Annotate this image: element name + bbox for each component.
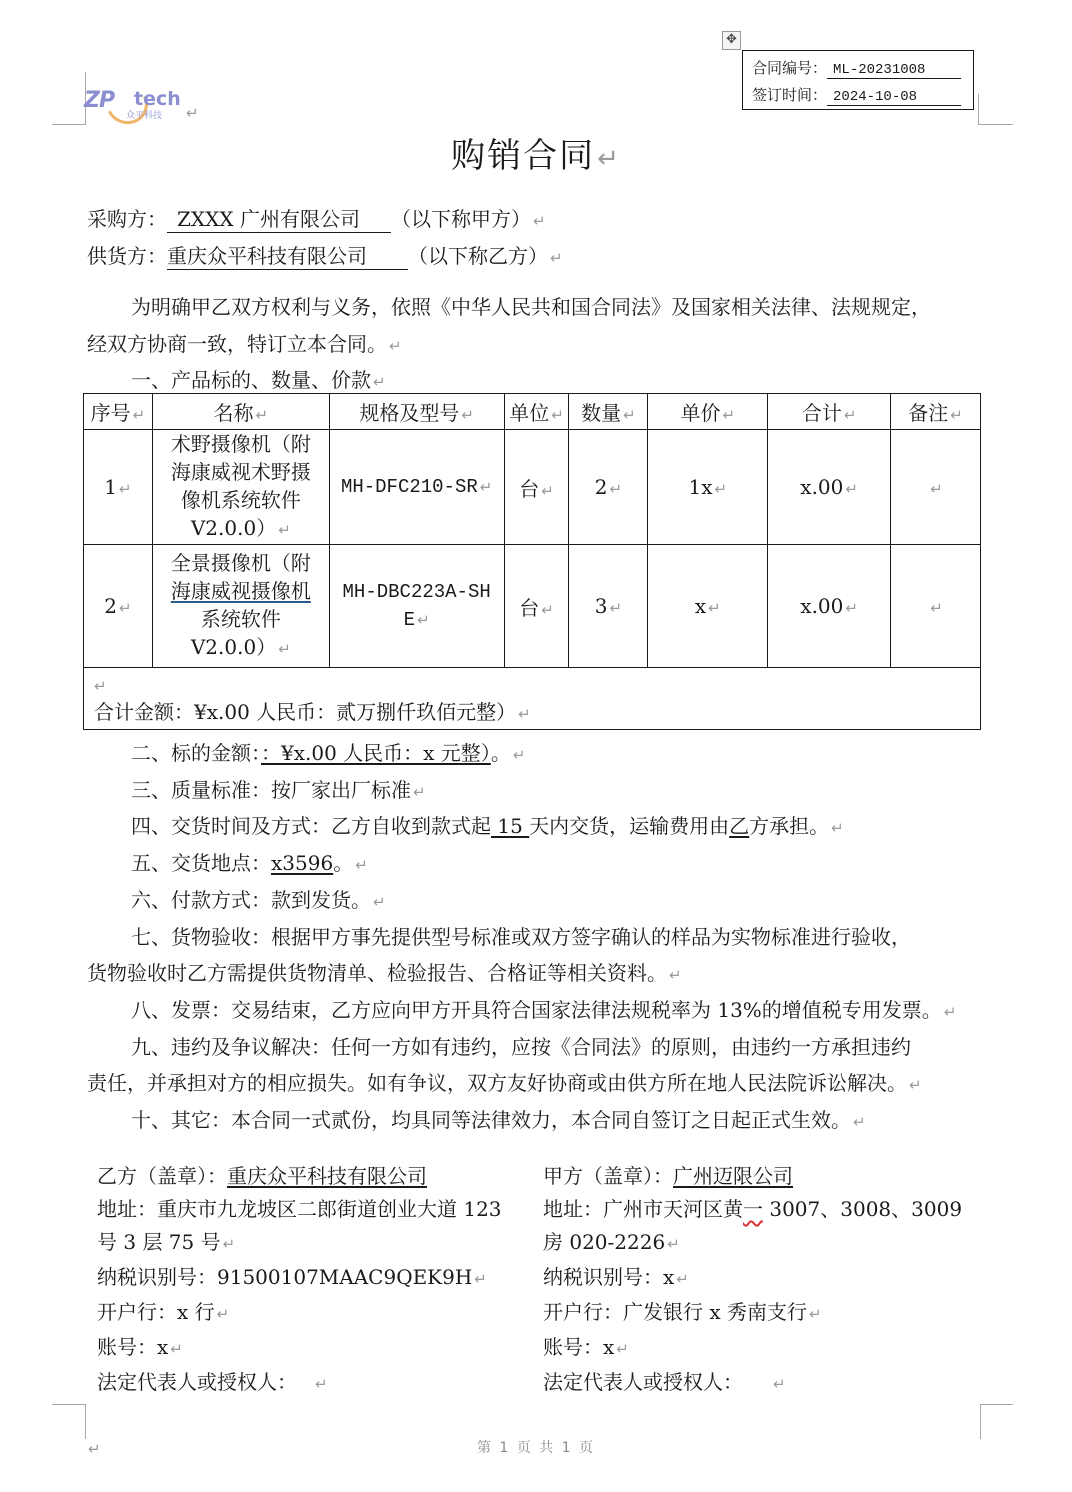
clause-7-line-1: 七、货物验收：根据甲方事先提供型号标准或双方签字确认的样品为实物标准进行验收， <box>131 921 911 950</box>
contract-number-label: 合同编号： <box>752 59 827 77</box>
intro-line-2-text: 经双方协商一致，特订立本合同。 <box>87 332 387 356</box>
cell-unit: 台↵ <box>504 545 569 668</box>
cell-qty: 2↵ <box>569 430 648 545</box>
header-price: 单价↵ <box>648 394 768 430</box>
party-a-name: 广州迈限公司 <box>673 1164 793 1188</box>
contract-date-value: 2024-10-08 <box>827 89 961 106</box>
clause-7-line-2: 货物验收时乙方需提供货物清单、检验报告、合格证等相关资料。↵ <box>87 957 682 986</box>
paragraph-mark-icon: ↵ <box>533 212 546 230</box>
header-model: 规格及型号↵ <box>329 394 504 430</box>
section-1-title-text: 一、产品标的、数量、价款 <box>131 368 371 392</box>
cell-price: 1x↵ <box>648 430 768 545</box>
party-a-bank: 开户行：广发银行 x 秀南支行 <box>543 1300 807 1324</box>
clause-9-line-2: 责任，并承担对方的相应损失。如有争议，双方友好协商或由供方所在地人民法院诉讼解决… <box>87 1067 922 1096</box>
goods-table: 序号↵ 名称↵ 规格及型号↵ 单位↵ 数量↵ 单价↵ 合计↵ 备注↵ 1↵ 术野… <box>83 393 981 730</box>
buyer-label: 采购方： <box>87 207 167 231</box>
party-b-name: 重庆众平科技有限公司 <box>227 1164 427 1188</box>
supplier-value: 重庆众平科技有限公司 <box>167 240 408 270</box>
section-1-title: 一、产品标的、数量、价款↵ <box>131 364 386 393</box>
clause-3: 三、质量标准：按厂家出厂标准↵ <box>131 774 426 803</box>
party-b-bank: 开户行：x 行 <box>97 1300 215 1324</box>
cell-remark: ↵ <box>891 430 981 545</box>
header-no: 序号↵ <box>84 394 153 430</box>
page-number: 第 1 页 共 1 页 <box>0 1437 1072 1457</box>
cell-no: 1↵ <box>84 430 153 545</box>
signature-party-b: 乙方（盖章）：重庆众平科技有限公司 地址：重庆市九龙坡区二郎街道创业大道 123… <box>97 1160 537 1401</box>
crop-mark-top-right <box>978 94 1013 125</box>
buyer-value: ZXXX 广州有限公司 <box>167 203 391 233</box>
crop-mark-top-left <box>52 72 86 125</box>
party-b-address: 地址：重庆市九龙坡区二郎街道创业大道 123 <box>97 1193 537 1226</box>
clause-5: 五、交货地点：x3596。↵ <box>131 847 368 876</box>
title-text: 购销合同 <box>451 136 595 176</box>
header-total: 合计↵ <box>768 394 891 430</box>
cell-no: 2↵ <box>84 545 153 668</box>
document-title: 购销合同↵ <box>0 128 1072 177</box>
party-b-account: 账号：x <box>97 1335 168 1359</box>
crop-mark-bottom-left <box>52 1404 86 1439</box>
table-row: 2↵ 全景摄像机（附 海康威视摄像机 系统软件 V2.0.0）↵ MH-DBC2… <box>84 545 981 668</box>
header-name: 名称↵ <box>152 394 329 430</box>
cell-model: MH-DFC210-SR↵ <box>329 430 504 545</box>
delivery-days: 15 <box>491 814 529 838</box>
clause-8: 八、发票：交易结束，乙方应向甲方开具符合国家法律法规税率为 13%的增值税专用发… <box>131 994 956 1023</box>
table-summary-row: ↵ 合计金额：¥x.00 人民币：贰万捌仟玖佰元整）↵ <box>84 668 981 730</box>
clause-2: 二、标的金额：：¥x.00 人民币：x 元整）。↵ <box>131 737 525 766</box>
paragraph-mark-icon: ↵ <box>373 373 386 391</box>
clause-4: 四、交货时间及方式：乙方自收到款式起 15 天内交货，运输费用由乙方承担。↵ <box>131 810 844 839</box>
cell-price: x↵ <box>648 545 768 668</box>
spellcheck-flag: 一 <box>743 1197 763 1221</box>
logo-subtitle: 众平科技 <box>126 108 162 121</box>
cell-total: x.00↵ <box>768 545 891 668</box>
summary-cell: ↵ 合计金额：¥x.00 人民币：贰万捌仟玖佰元整）↵ <box>84 668 981 730</box>
intro-line-2: 经双方协商一致，特订立本合同。↵ <box>87 328 402 357</box>
header-remark: 备注↵ <box>891 394 981 430</box>
logo-brand-suffix: tech <box>134 88 181 110</box>
supplier-label: 供货方： <box>87 244 167 268</box>
contract-number-value: ML-20231008 <box>827 62 961 79</box>
cell-qty: 3↵ <box>569 545 648 668</box>
summary-text: 合计金额：¥x.00 人民币：贰万捌仟玖佰元整） <box>94 700 516 724</box>
paragraph-mark-icon: ↵ <box>550 249 563 267</box>
clause-9-line-1: 九、违约及争议解决：任何一方如有违约，应按《合同法》的原则，由违约一方承担违约 <box>131 1031 911 1060</box>
cell-name: 全景摄像机（附 海康威视摄像机 系统软件 V2.0.0）↵ <box>152 545 329 668</box>
cell-unit: 台↵ <box>504 430 569 545</box>
party-a-account: 账号：x <box>543 1335 614 1359</box>
contract-amount: ：¥x.00 人民币：x 元整） <box>261 741 491 765</box>
clause-6: 六、付款方式：款到发货。↵ <box>131 884 386 913</box>
contract-date-label: 签订时间： <box>752 86 827 104</box>
header-unit: 单位↵ <box>504 394 569 430</box>
table-move-handle-icon[interactable]: ✥ <box>722 31 741 50</box>
intro-line-1: 为明确甲乙双方权利与义务，依照《中华人民共和国合同法》及国家相关法律、法规规定， <box>131 291 931 320</box>
party-a-representative: 法定代表人或授权人： <box>543 1370 743 1394</box>
party-a-address: 地址：广州市天河区黄一 3007、3008、3009 <box>543 1193 983 1226</box>
party-a-tax-id: 纳税识别号：x <box>543 1265 674 1289</box>
cell-remark: ↵ <box>891 545 981 668</box>
buyer-line: 采购方：ZXXX 广州有限公司（以下称甲方）↵ <box>87 203 546 233</box>
supplier-line: 供货方：重庆众平科技有限公司（以下称乙方）↵ <box>87 240 563 270</box>
clause-10: 十、其它：本合同一式贰份，均具同等法律效力，本合同自签订之日起正式生效。↵ <box>131 1104 866 1133</box>
party-b-representative: 法定代表人或授权人： <box>97 1370 297 1394</box>
header-qty: 数量↵ <box>569 394 648 430</box>
cell-name: 术野摄像机（附 海康威视术野摄 像机系统软件 V2.0.0）↵ <box>152 430 329 545</box>
paragraph-mark-icon: ↵ <box>389 337 402 355</box>
signature-party-a: 甲方（盖章）：广州迈限公司 地址：广州市天河区黄一 3007、3008、3009… <box>543 1160 983 1401</box>
table-header-row: 序号↵ 名称↵ 规格及型号↵ 单位↵ 数量↵ 单价↵ 合计↵ 备注↵ <box>84 394 981 430</box>
paragraph-mark-icon: ↵ <box>186 104 199 122</box>
table-row: 1↵ 术野摄像机（附 海康威视术野摄 像机系统软件 V2.0.0）↵ MH-DF… <box>84 430 981 545</box>
crop-mark-bottom-right <box>980 1404 1013 1439</box>
buyer-suffix: （以下称甲方） <box>391 207 531 231</box>
cell-model: MH-DBC223A-SH E↵ <box>329 545 504 668</box>
cell-total: x.00↵ <box>768 430 891 545</box>
paragraph-mark-icon: ↵ <box>597 144 621 174</box>
delivery-location: x3596 <box>271 851 333 875</box>
supplier-suffix: （以下称乙方） <box>408 244 548 268</box>
logo-brand: ZP <box>84 88 114 113</box>
contract-info-box[interactable]: 合同编号：ML-20231008 签订时间：2024-10-08 <box>742 50 974 110</box>
party-b-tax-id: 纳税识别号：91500107MAAC9QEK9H <box>97 1265 472 1289</box>
